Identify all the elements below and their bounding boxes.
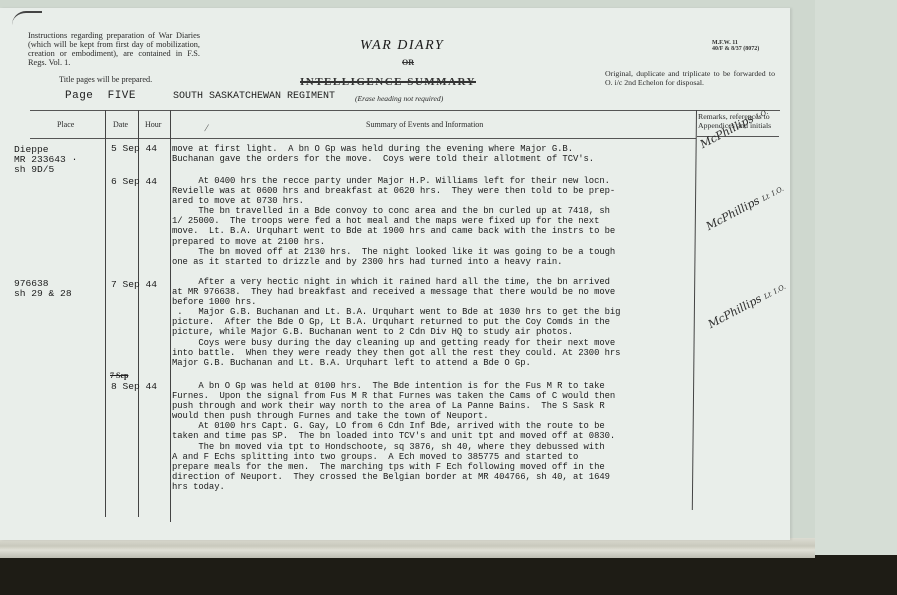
struck-heading: INTELLIGENCE SUMMARY (300, 76, 476, 88)
backdrop (815, 0, 897, 560)
place-entry-1: Dieppe MR 233643 · sh 9D/5 (14, 145, 77, 175)
page-stack-edge (0, 538, 815, 558)
page-number: Page FIVE (65, 90, 136, 102)
header-bottom-rule (30, 138, 696, 139)
column-header-hour: Hour (145, 120, 161, 129)
instructions-note: Instructions regarding preparation of Wa… (28, 31, 200, 67)
struck-date: 7 Sep (110, 371, 128, 380)
summary-entry-2: At 0400 hrs the recce party under Major … (172, 176, 697, 267)
date-entry-1: 5 Sep 44 (111, 143, 157, 154)
summary-entry-1: move at first light. A bn O Gp was held … (172, 144, 697, 164)
date-entry-2: 6 Sep 44 (111, 176, 157, 187)
place-entry-3: 976638 sh 29 & 28 (14, 279, 72, 299)
summary-entry-3: After a very hectic night in which it ra… (172, 277, 697, 368)
column-header-date: Date (113, 120, 128, 129)
document-title: WAR DIARY (360, 38, 444, 54)
heading-or: OR (402, 58, 414, 67)
title-pages-note: Title pages will be prepared. (59, 75, 152, 84)
summary-entry-4: A bn O Gp was held at 0100 hrs. The Bde … (172, 381, 697, 492)
disposal-note: Original, duplicate and triplicate to be… (605, 69, 775, 87)
table-surface (0, 555, 897, 595)
date-entry-4: 8 Sep 44 (111, 381, 157, 392)
signature-rank: Lt (763, 290, 773, 301)
col-divider-date (138, 110, 139, 517)
form-code-line2: 40/F & 8/37 (8072) (712, 46, 759, 52)
form-code: M.F.W. 11 40/F & 8/37 (8072) (712, 40, 759, 52)
column-header-summary: Summary of Events and Information (366, 120, 483, 129)
unit-name: SOUTH SASKATCHEWAN REGIMENT (173, 91, 335, 102)
col-divider-hour (170, 110, 171, 522)
page-curl (12, 11, 42, 25)
table-top-rule (30, 110, 780, 111)
col-divider-place (105, 110, 106, 517)
column-header-place: Place (57, 120, 74, 129)
date-entry-3: 7 Sep 44 (111, 279, 157, 290)
signature-rank: Lt (761, 192, 771, 203)
erase-note: (Erase heading not required) (355, 94, 443, 103)
